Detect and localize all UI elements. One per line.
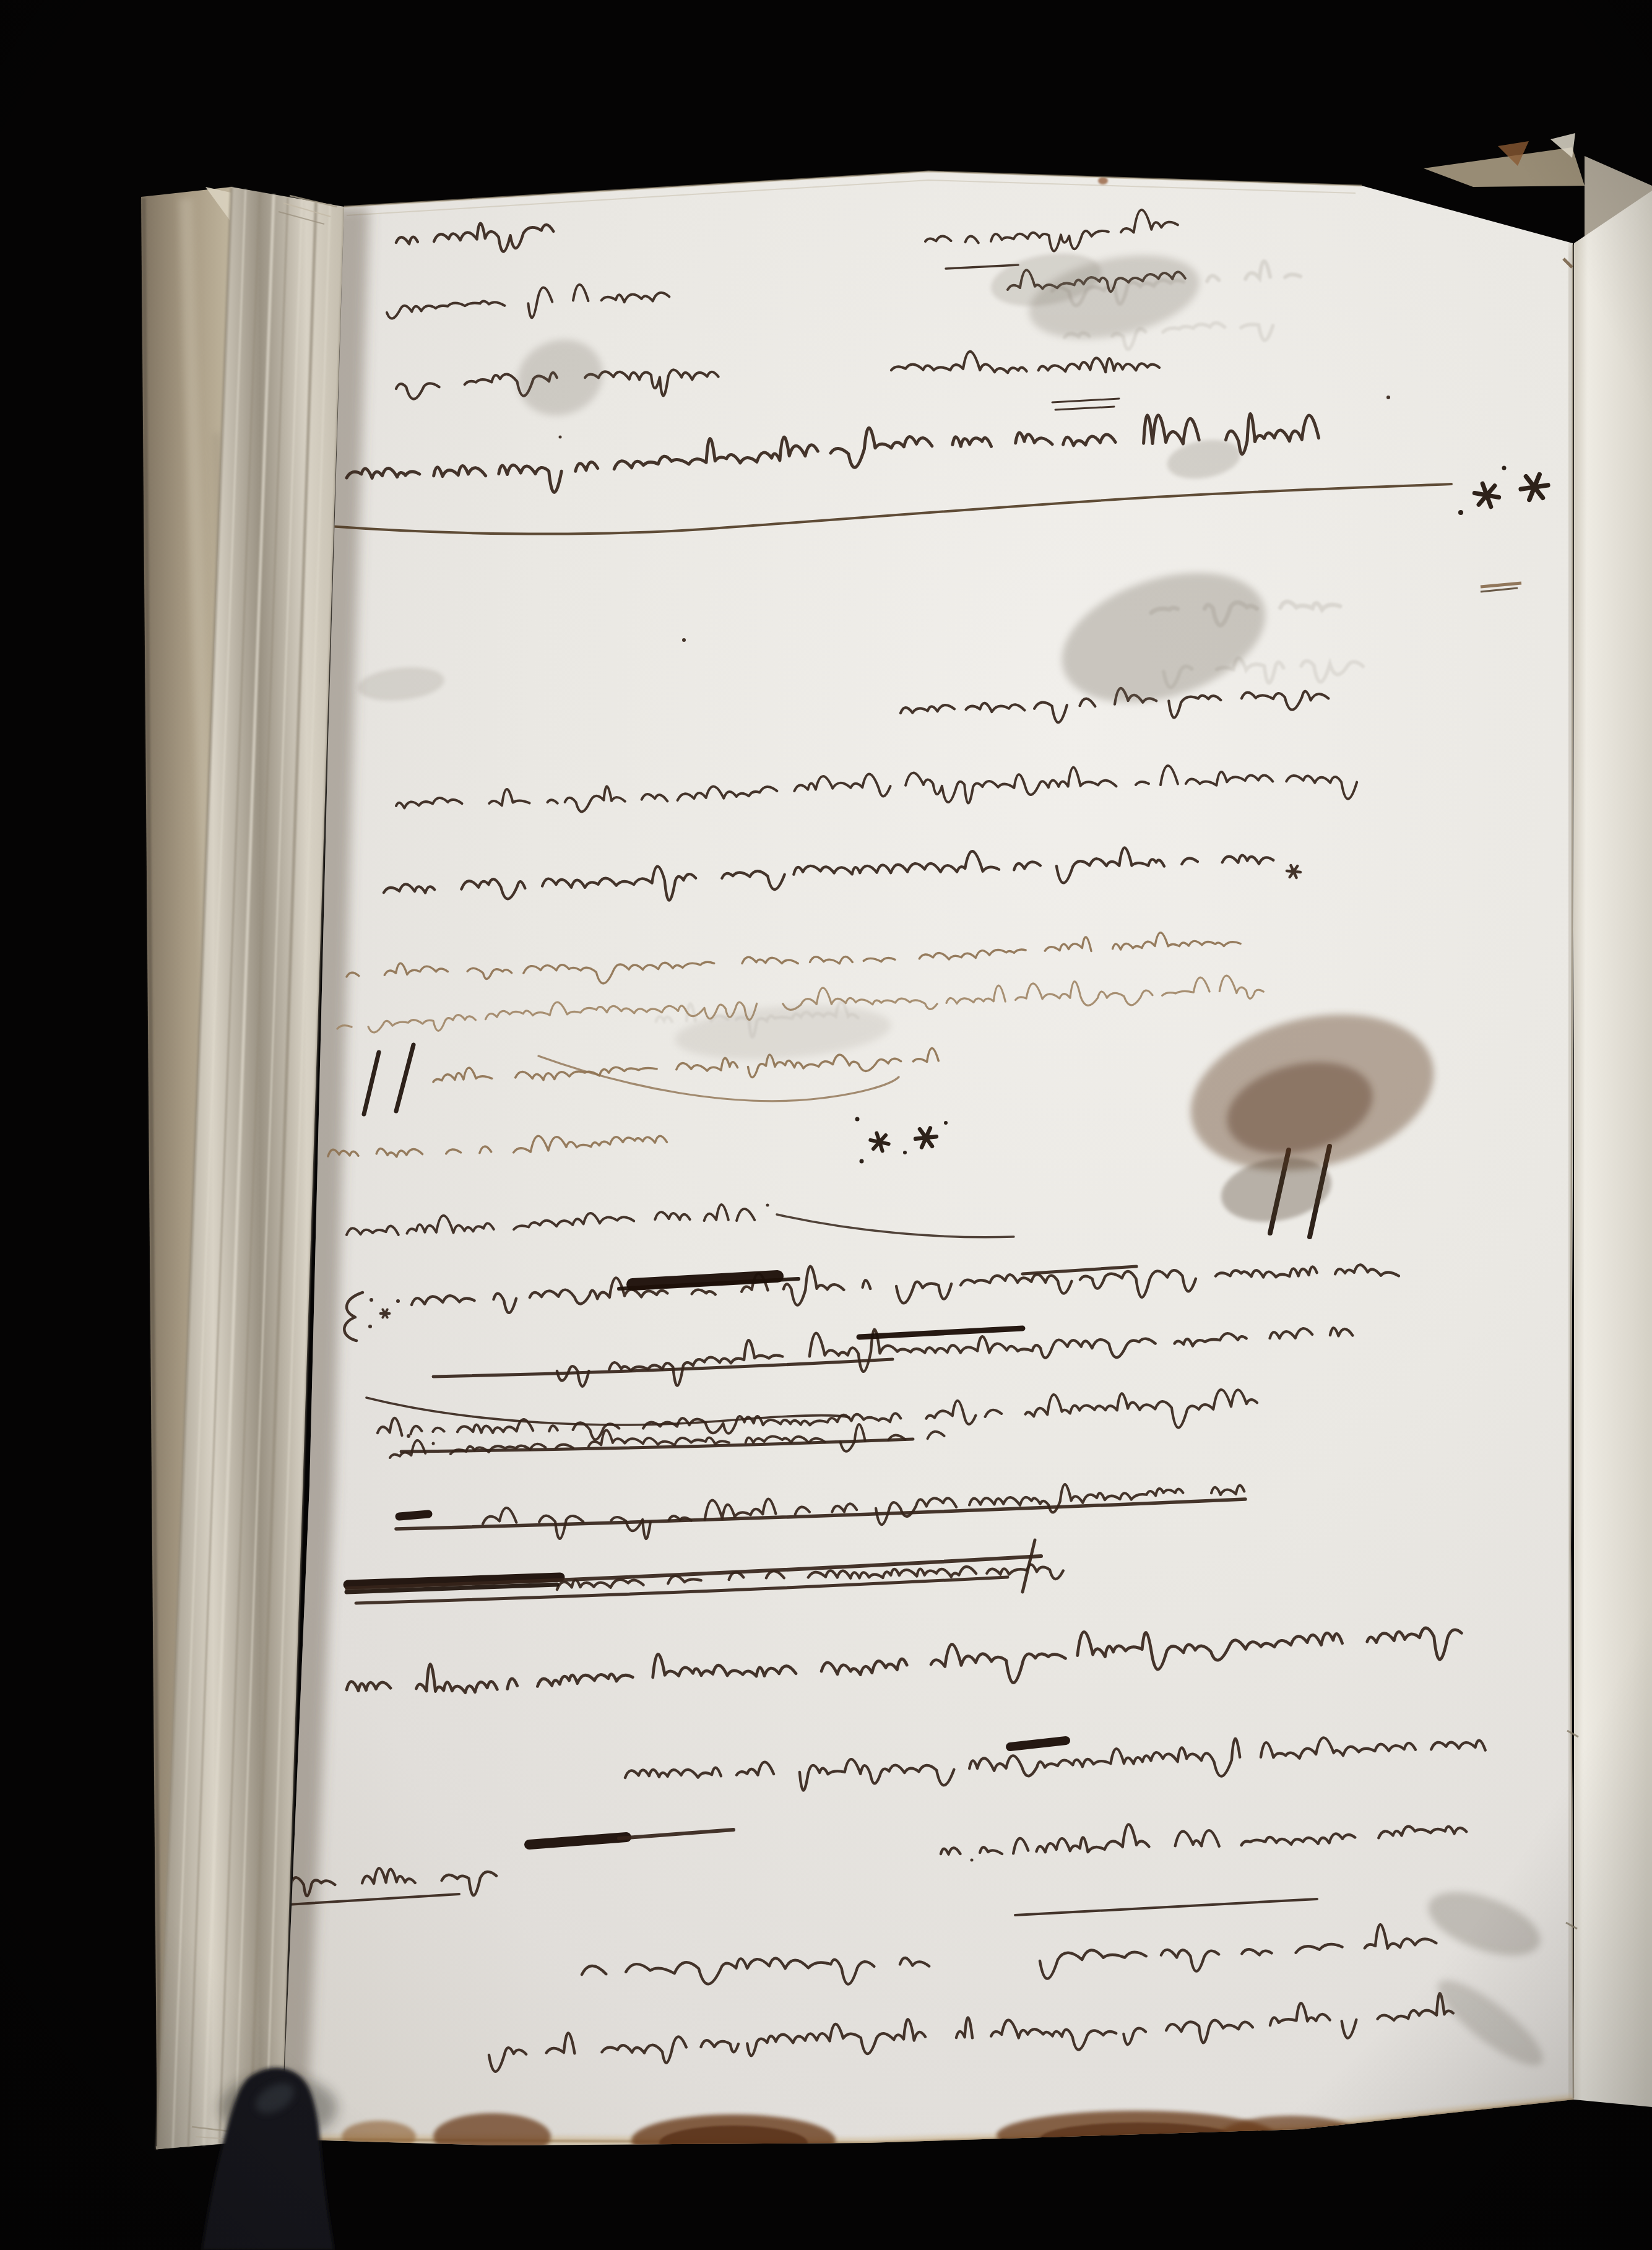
manuscript-photo — [0, 0, 1652, 2250]
photo-vignette — [0, 0, 1652, 2250]
book-photo-svg — [0, 0, 1652, 2250]
